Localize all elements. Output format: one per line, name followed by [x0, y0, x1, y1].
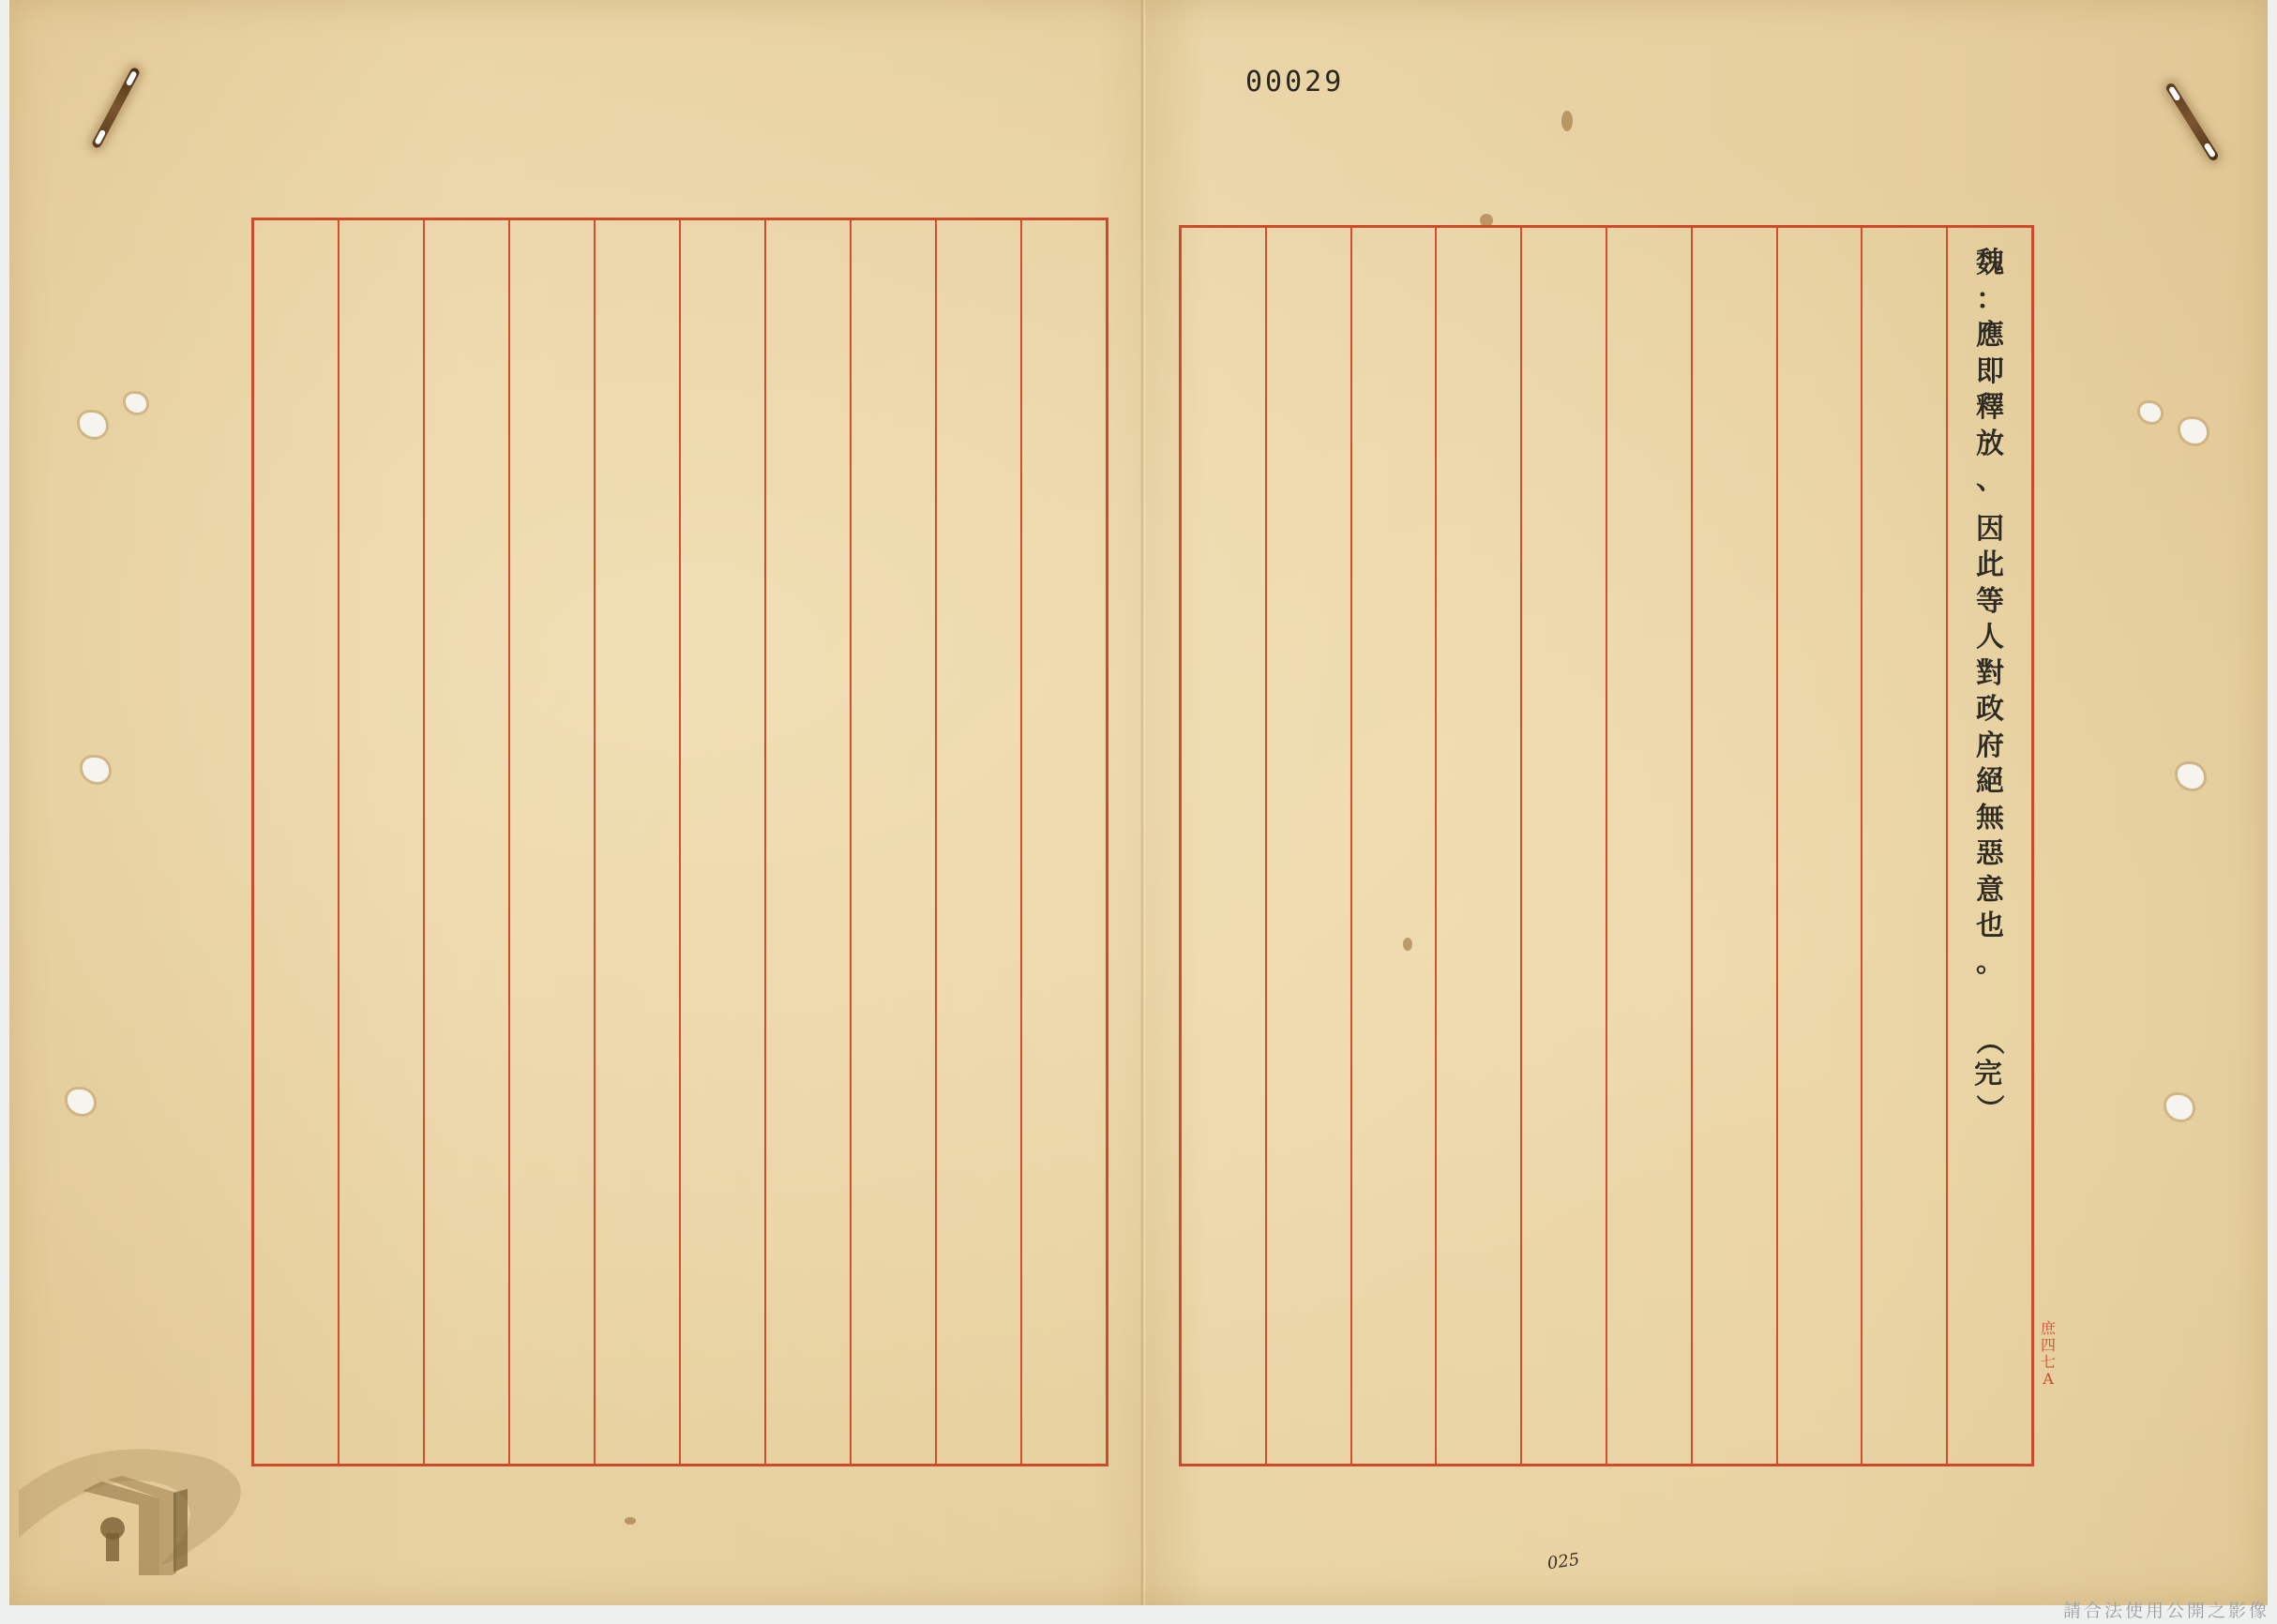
- form-code-char: 七: [2038, 1354, 2058, 1371]
- handwritten-page-number: 025: [1546, 1550, 1581, 1574]
- archive-book-keyhole-logo-icon: [19, 1435, 244, 1575]
- staple-top-left: [91, 67, 141, 150]
- grid-column: [425, 220, 510, 1464]
- text-char: 、: [1976, 462, 2004, 499]
- serial-number: 00029: [1245, 66, 1344, 98]
- grid-column: [681, 220, 766, 1464]
- grid-column: [1182, 228, 1267, 1464]
- punch-hole: [2166, 1095, 2193, 1120]
- grid-column: [1022, 220, 1106, 1464]
- text-char: 無: [1976, 801, 2004, 837]
- text-char: 惡: [1976, 836, 2004, 873]
- text-char: 魏: [1976, 246, 2004, 282]
- grid-column: [1693, 228, 1778, 1464]
- grid-column: [1862, 228, 1948, 1464]
- text-char: 放: [1976, 427, 2004, 463]
- form-code-char: A: [2038, 1371, 2058, 1388]
- text-char: 即: [1976, 354, 2004, 391]
- punch-hole: [68, 1090, 94, 1114]
- manuscript-grid-left: [251, 218, 1108, 1466]
- text-char: 釋: [1976, 390, 2004, 427]
- form-code: 庶 四 七 A: [2038, 1320, 2058, 1388]
- grid-column: [510, 220, 596, 1464]
- form-code-char: 庶: [2038, 1320, 2058, 1337]
- center-fold: [1140, 0, 1146, 1605]
- grid-column: [852, 220, 937, 1464]
- grid-column: [1522, 228, 1607, 1464]
- text-char: 人: [1976, 620, 2004, 656]
- watermark: 請合法使用公開之影像: [2063, 1597, 2269, 1622]
- manuscript-grid-right: [1179, 225, 2034, 1466]
- text-char: 應: [1976, 318, 2004, 354]
- grid-column: [766, 220, 852, 1464]
- text-char: 對: [1976, 656, 2004, 693]
- punch-hole: [83, 758, 109, 782]
- text-char: 絕: [1976, 764, 2004, 801]
- grid-column: [596, 220, 681, 1464]
- text-char: 府: [1976, 729, 2004, 765]
- text-char: 。: [1976, 945, 2004, 982]
- stain: [625, 1517, 636, 1525]
- end-mark-close: ）: [1971, 1085, 2005, 1132]
- punch-hole: [2140, 403, 2161, 422]
- grid-column: [1607, 228, 1693, 1464]
- vertical-body-text: 魏 ： 應 即 釋 放 、 因 此 等 人 對 政 府 絕 無 惡 意 也 。: [1962, 246, 2018, 981]
- text-char: 意: [1976, 873, 2004, 910]
- text-char: 等: [1976, 584, 2004, 621]
- text-char: 也: [1976, 909, 2004, 945]
- grid-column: [1778, 228, 1863, 1464]
- end-mark: （ 完 ）: [1965, 1024, 2012, 1125]
- punch-hole: [2178, 764, 2204, 789]
- text-char: 因: [1976, 512, 2004, 549]
- text-char: 政: [1976, 692, 2004, 729]
- staple-top-right: [2164, 82, 2220, 162]
- end-mark-open: （: [1971, 1017, 2005, 1064]
- punch-hole: [126, 394, 146, 413]
- grid-column: [339, 220, 425, 1464]
- text-char: 此: [1976, 548, 2004, 584]
- form-code-char: 四: [2038, 1337, 2058, 1354]
- grid-column: [937, 220, 1022, 1464]
- grid-column: [1352, 228, 1438, 1464]
- grid-column: [1437, 228, 1522, 1464]
- stain: [1561, 111, 1573, 131]
- grid-column: [254, 220, 339, 1464]
- text-char: ：: [1976, 282, 2004, 319]
- grid-column: [1267, 228, 1352, 1464]
- punch-hole: [2180, 419, 2207, 444]
- punch-hole: [80, 413, 106, 437]
- document-sheet: 00029 魏 ： 應 即 釋 放 、 因 此 等 人 對: [9, 0, 2268, 1605]
